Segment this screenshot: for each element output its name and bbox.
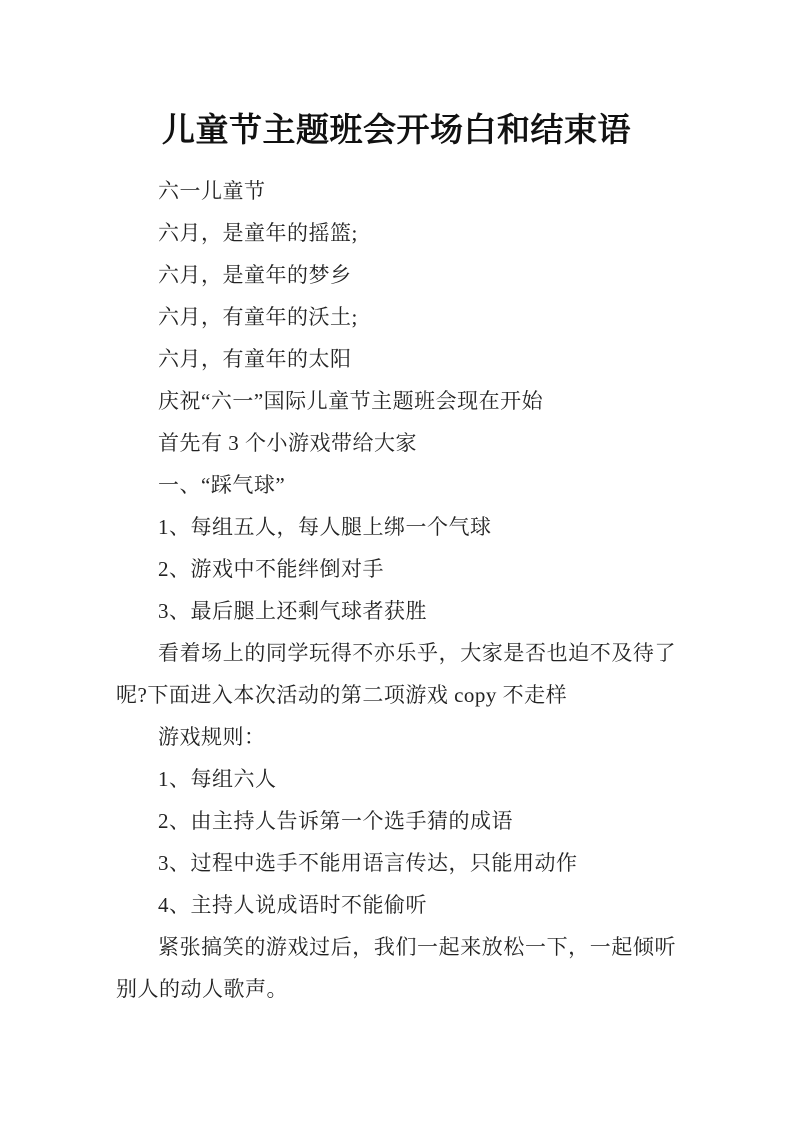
paragraph-line: 六月，有童年的太阳 bbox=[116, 338, 676, 380]
paragraph-line: 庆祝“六一”国际儿童节主题班会现在开始 bbox=[116, 380, 676, 422]
paragraph-line: 六月，是童年的摇篮; bbox=[116, 212, 676, 254]
paragraph-line: 3、过程中选手不能用语言传达，只能用动作 bbox=[116, 842, 676, 884]
paragraph-line: 游戏规则： bbox=[116, 716, 676, 758]
paragraph-line: 3、最后腿上还剩气球者获胜 bbox=[116, 590, 676, 632]
paragraph-line: 紧张搞笑的游戏过后，我们一起来放松一下，一起倾听别人的动人歌声。 bbox=[116, 926, 676, 1010]
paragraph-line: 2、由主持人告诉第一个选手猜的成语 bbox=[116, 800, 676, 842]
paragraph-line: 看着场上的同学玩得不亦乐乎，大家是否也迫不及待了呢?下面进入本次活动的第二项游戏… bbox=[116, 632, 676, 716]
document-page: 儿童节主题班会开场白和结束语 六一儿童节六月，是童年的摇篮;六月，是童年的梦乡六… bbox=[0, 0, 793, 1122]
document-title: 儿童节主题班会开场白和结束语 bbox=[0, 0, 793, 156]
paragraph-line: 一、“踩气球” bbox=[116, 464, 676, 506]
paragraph-line: 2、游戏中不能绊倒对手 bbox=[116, 548, 676, 590]
paragraph-line: 1、每组五人，每人腿上绑一个气球 bbox=[116, 506, 676, 548]
paragraph-line: 首先有 3 个小游戏带给大家 bbox=[116, 422, 676, 464]
paragraph-line: 六一儿童节 bbox=[116, 170, 676, 212]
paragraph-line: 六月，是童年的梦乡 bbox=[116, 254, 676, 296]
paragraph-line: 1、每组六人 bbox=[116, 758, 676, 800]
paragraph-line: 六月，有童年的沃土; bbox=[116, 296, 676, 338]
document-body: 六一儿童节六月，是童年的摇篮;六月，是童年的梦乡六月，有童年的沃土;六月，有童年… bbox=[116, 170, 676, 1010]
paragraph-line: 4、主持人说成语时不能偷听 bbox=[116, 884, 676, 926]
